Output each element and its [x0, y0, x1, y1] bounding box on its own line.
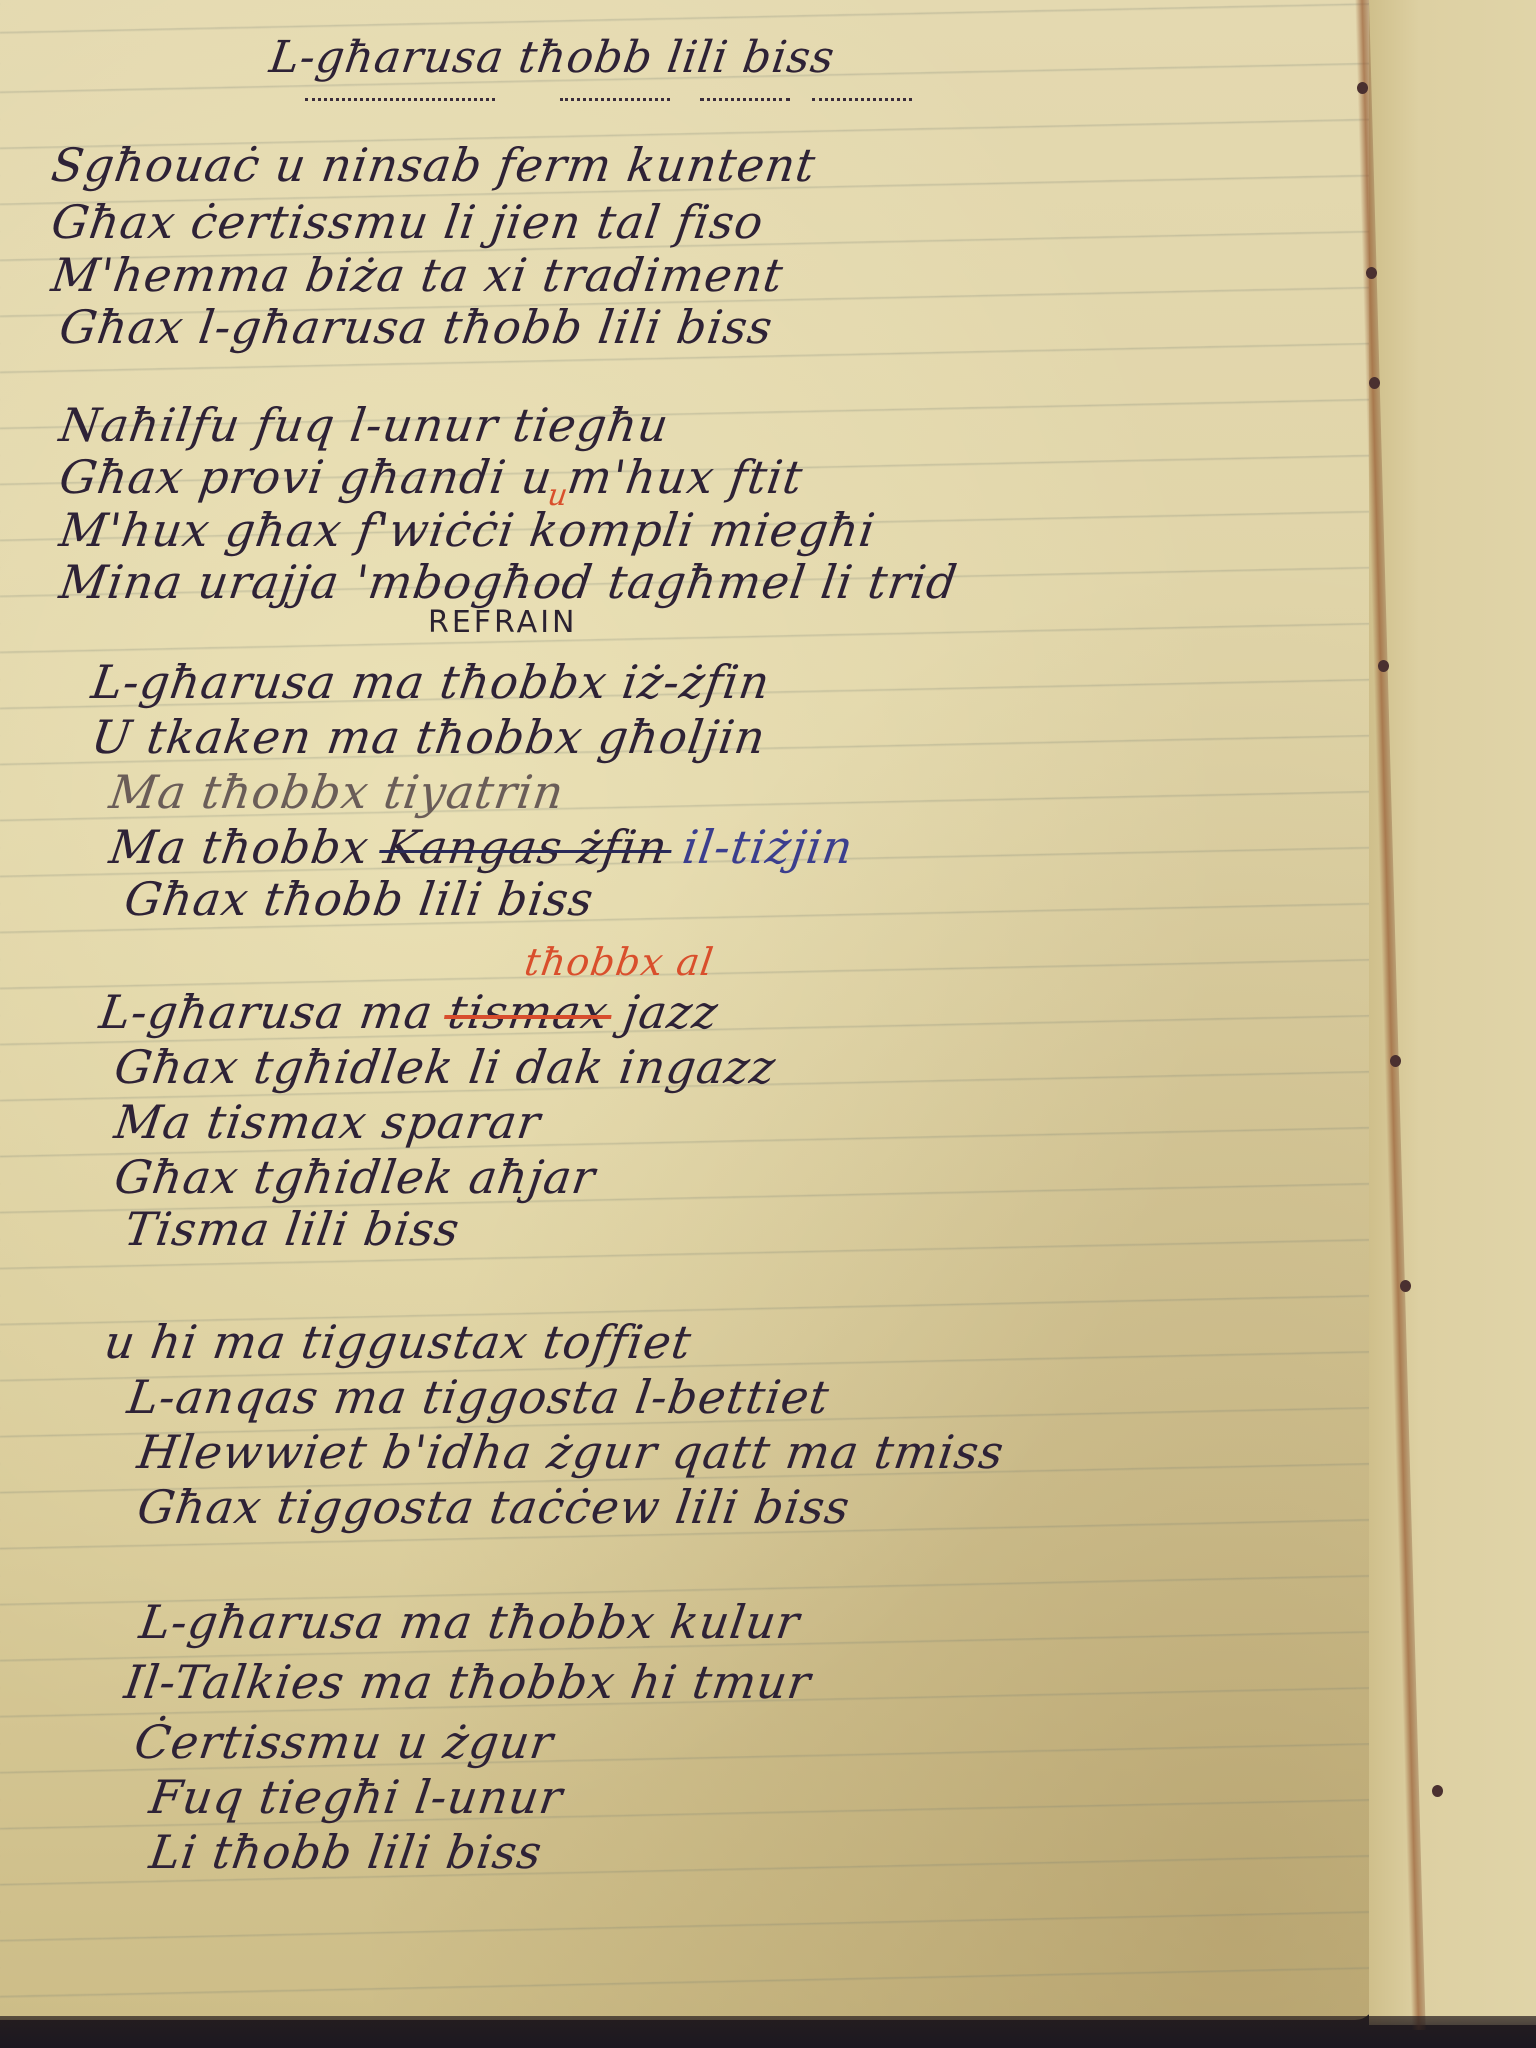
struck-text: tismax [445, 985, 612, 1039]
notebook-left-page: L-għarusa tħobb lili biss Sgħouaċ u nins… [0, 0, 1375, 2020]
refrain-label: REFRAIN [428, 605, 578, 640]
verse5-line4: Fuq tiegħi l-unur [146, 1770, 566, 1824]
verse5-line2: Il-Talkies ma tħobbx hi tmur [121, 1655, 814, 1709]
verse4-line4: Għax tiggosta taċċew lili biss [134, 1480, 853, 1534]
refrain-line1: L-għarusa ma tħobbx iż-żfin [88, 655, 773, 709]
refrain-line2: U tkaken ma tħobbx għoljin [88, 710, 769, 764]
title-underline [812, 92, 912, 101]
verse3-line5: Tisma lili biss [121, 1202, 463, 1256]
refrain-line3: Ma tħobbx tiyatrin [106, 765, 567, 819]
verse2-line4: Mina urajja 'mbogħod tagħmel li trid [56, 555, 961, 609]
verse3-line1: L-għarusa ma tismax jazz [96, 985, 722, 1039]
verse1-line1: Sgħouaċ u ninsab ferm kuntent [48, 138, 819, 192]
red-correction: tħobbx al [522, 940, 717, 984]
blue-correction: il-tiżjin [679, 820, 857, 874]
struck-text: Kangas żfin [381, 820, 672, 874]
binding-stitch [1357, 82, 1368, 94]
verse5-line3: Ċertissmu u żgur [131, 1715, 557, 1769]
song-title: L-għarusa tħobb lili biss [266, 32, 838, 83]
binding-stitch [1369, 377, 1380, 389]
verse1-line4: Għax l-għarusa tħobb lili biss [56, 300, 776, 354]
verse2-line1: Naħilfu fuq l-unur tiegħu [56, 398, 672, 452]
verse5-line5: Li tħobb lili biss [146, 1825, 546, 1879]
binding-stitch [1432, 1785, 1443, 1797]
verse5-line1: L-għarusa ma tħobbx kulur [136, 1595, 803, 1649]
binding-stitch [1378, 660, 1389, 672]
refrain-line5: Għax tħobb lili biss [121, 872, 597, 926]
verse1-line2: Għax ċertissmu li jien tal fiso [48, 195, 767, 249]
title-underline [560, 92, 670, 101]
verse3-line2: Għax tgħidlek li dak ingazz [111, 1040, 779, 1094]
verse3-line4: Għax tgħidlek aħjar [111, 1150, 599, 1204]
verse4-line2: L-anqas ma tiggosta l-bettiet [124, 1370, 833, 1424]
notebook-cover-shadow [0, 2016, 1536, 2048]
verse3-line1-text: L-għarusa ma [96, 985, 436, 1039]
verse3-line3: Ma tismax sparar [111, 1095, 544, 1149]
verse4-line3: Hlewwiet b'idha żgur qatt ma tmiss [134, 1425, 1007, 1479]
verse4-line1: u hi ma tiggustax toffiet [101, 1315, 695, 1369]
verse2-line2: Għax provi għandi u m'hux ftit [56, 450, 806, 504]
title-underline [305, 92, 495, 101]
binding-stitch [1390, 1055, 1401, 1067]
refrain-line4: Ma tħobbx Kangas żfin il-tiżjin [106, 820, 857, 874]
verse2-line3: M'hux għax f'wiċċi kompli miegħi [56, 503, 879, 557]
title-underline [700, 92, 790, 101]
binding-stitch [1400, 1280, 1411, 1292]
refrain-line4-text: Ma tħobbx [106, 820, 372, 874]
verse1-line3: M'hemma biża ta xi tradiment [48, 248, 787, 302]
binding-stitch [1366, 267, 1377, 279]
verse3-line1-end: jazz [620, 985, 722, 1039]
